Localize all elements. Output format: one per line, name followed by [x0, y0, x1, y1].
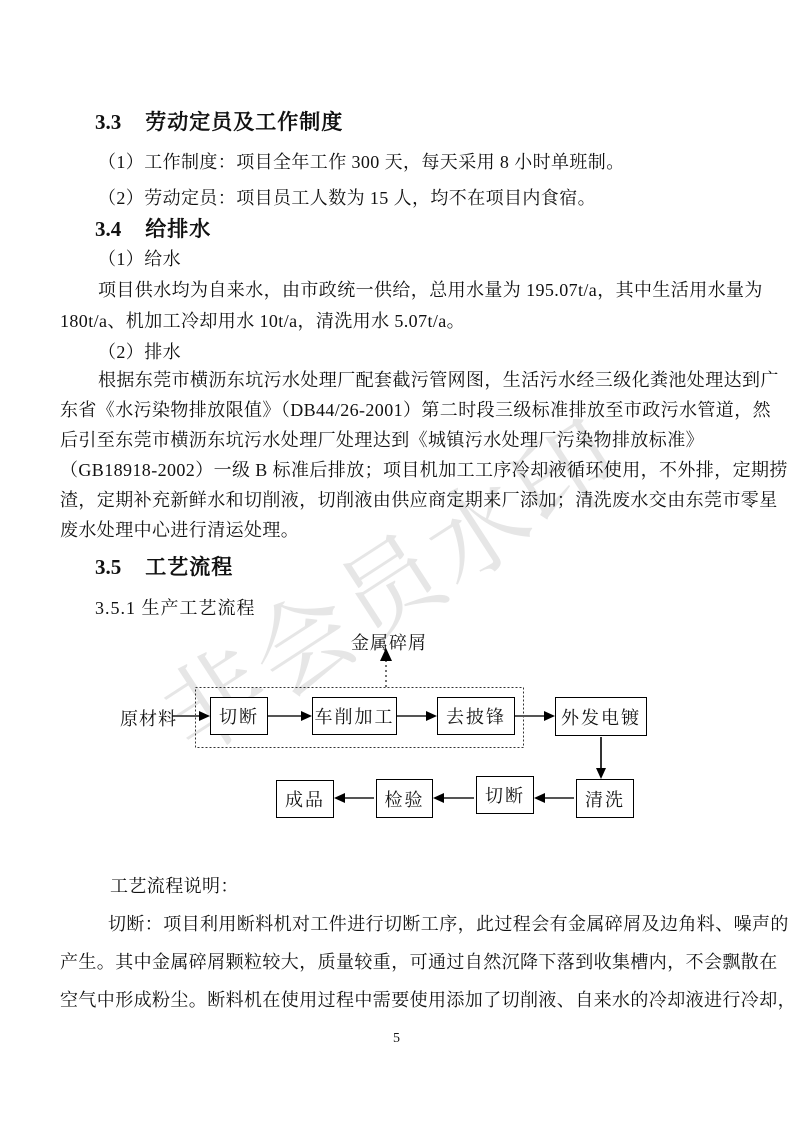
- flow-box-cut-2: 切断: [476, 776, 534, 814]
- document-page: 非会员水印 3.3劳动定员及工作制度 （1）工作制度：项目全年工作 300 天，…: [0, 0, 793, 1122]
- flow-box-lathe: 车削加工: [312, 697, 397, 735]
- section-title: 给排水: [145, 217, 211, 241]
- subsection-3-5-1-heading: 3.5.1 生产工艺流程: [95, 594, 256, 620]
- paragraph-line: 项目供水均为自来水，由市政统一供给，总用水量为 195.07t/a，其中生活用水…: [98, 276, 763, 302]
- flow-box-inspect: 检验: [376, 779, 433, 818]
- page-number: 5: [0, 1031, 793, 1047]
- page-content: 3.3劳动定员及工作制度 （1）工作制度：项目全年工作 300 天，每天采用 8…: [0, 0, 793, 1122]
- explanation-heading: 工艺流程说明：: [110, 872, 239, 898]
- paragraph-line: 根据东莞市横沥东坑污水处理厂配套截污管网图，生活污水经三级化粪池处理达到广: [98, 366, 779, 392]
- paragraph-line: 后引至东莞市横沥东坑污水处理厂处理达到《城镇污水处理厂污染物排放标准》: [60, 426, 704, 452]
- paragraph-line: 180t/a、机加工冷却用水 10t/a，清洗用水 5.07t/a。: [60, 307, 465, 333]
- section-number: 3.5: [95, 555, 121, 579]
- section-title: 劳动定员及工作制度: [145, 110, 343, 134]
- section-3-4-heading: 3.4给排水: [95, 213, 211, 243]
- flow-box-plating: 外发电镀: [555, 697, 647, 736]
- paragraph-line: 废水处理中心进行清运处理。: [60, 516, 299, 542]
- paragraph-line: （GB18918-2002）一级 B 标准后排放；项目机加工工序冷却液循环使用，…: [60, 456, 788, 482]
- flow-box-wash: 清洗: [576, 779, 634, 818]
- section-3-3-heading: 3.3劳动定员及工作制度: [95, 106, 343, 136]
- section-number: 3.4: [95, 217, 121, 241]
- subsection-label: （1）给水: [98, 245, 181, 271]
- subsection-label: （2）排水: [98, 338, 181, 364]
- flow-box-deburr: 去披锋: [437, 697, 515, 735]
- flow-label-input: 原材料: [120, 705, 177, 731]
- flow-box-cut-1: 切断: [210, 697, 268, 735]
- paragraph-line: （2）劳动定员：项目员工人数为 15 人，均不在项目内食宿。: [98, 184, 596, 210]
- flow-box-product: 成品: [276, 780, 334, 818]
- paragraph-line: 产生。其中金属碎屑颗粒较大，质量较重，可通过自然沉降下落到收集槽内，不会飘散在: [60, 948, 778, 974]
- paragraph-line: 东省《水污染物排放限值》（DB44/26-2001）第二时段三级标准排放至市政污…: [60, 396, 771, 422]
- flow-label-byproduct: 金属碎屑: [351, 629, 427, 655]
- paragraph-line: 渣，定期补充新鲜水和切削液，切削液由供应商定期来厂添加；清洗废水交由东莞市零星: [60, 486, 778, 512]
- section-title: 工艺流程: [145, 555, 233, 579]
- paragraph-line: 切断：项目利用断料机对工件进行切断工序，此过程会有金属碎屑及边角料、噪声的: [108, 910, 789, 936]
- section-number: 3.3: [95, 110, 121, 134]
- paragraph-line: （1）工作制度：项目全年工作 300 天，每天采用 8 小时单班制。: [98, 148, 625, 174]
- section-3-5-heading: 3.5工艺流程: [95, 551, 233, 581]
- paragraph-line: 空气中形成粉尘。断料机在使用过程中需要使用添加了切削液、自来水的冷却液进行冷却，: [60, 986, 793, 1012]
